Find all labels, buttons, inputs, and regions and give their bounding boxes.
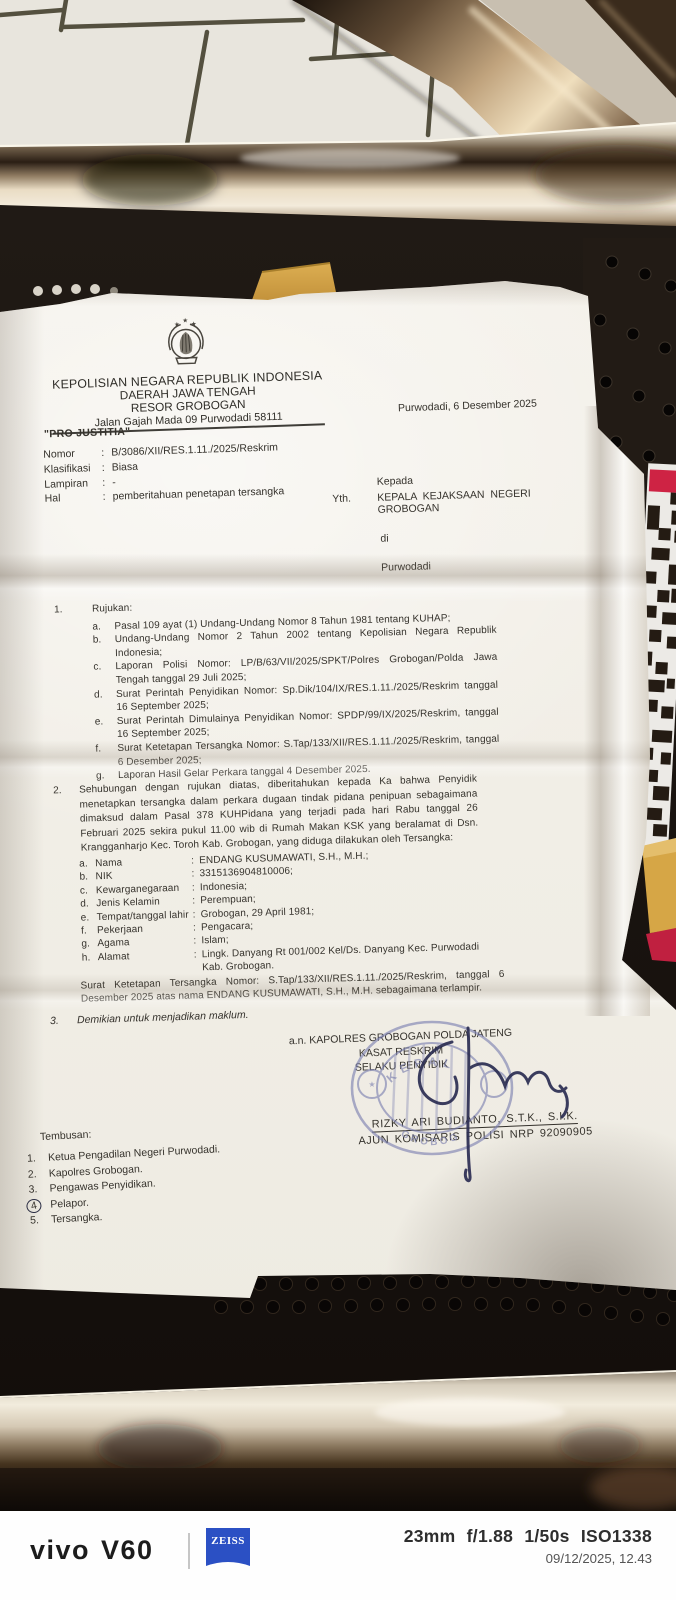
- yth-label: Yth.: [332, 492, 378, 517]
- photo-of-police-letter: ★★★ KEPOLISIAN NEGARA REPUBLIK INDONESIA…: [0, 0, 676, 1600]
- section-closing: 3. Demikian untuk menjadikan maklum.: [50, 1009, 249, 1027]
- recipient-di: di: [380, 528, 553, 545]
- vivo-logo: vivo: [30, 1535, 90, 1565]
- letter-paper: ★★★ KEPOLISIAN NEGARA REPUBLIK INDONESIA…: [0, 276, 676, 1346]
- chrome-frame-bottom: [0, 1371, 676, 1512]
- suspect-fields: a. Nama : ENDANG KUSUMAWATI, S.H., M.H.;…: [79, 846, 510, 979]
- zeiss-badge-icon: ZEISS: [206, 1528, 250, 1572]
- device-wordmark: vivoV60: [30, 1535, 154, 1566]
- camera-info: 23mm f/1.88 1/50s ISO1338 09/12/2025, 12…: [404, 1526, 652, 1566]
- police-emblem-icon: ★★★: [157, 315, 215, 371]
- section-rujukan: 1. Rujukan: a. Pasal 109 ayat (1) Undang…: [54, 593, 510, 785]
- section2-intro: Sehubungan dengan rujukan diatas, diberi…: [79, 773, 479, 857]
- red-stripe: [649, 469, 676, 493]
- section2-number: 2.: [53, 784, 81, 858]
- signatory-block: RIZKY ARI BUDIANTO, S.T.K., S.I.K. AJUN …: [372, 1109, 593, 1146]
- svg-text:★: ★: [182, 316, 188, 324]
- kepada-label: Kepada: [377, 471, 552, 488]
- recipient-block: Kepada Yth. KEPALA KEJAKSAAN NEGERI GROB…: [332, 471, 555, 575]
- pen-circle-mark: 4: [25, 1197, 43, 1214]
- signature-title-block: a.n. KAPOLRES GROBOGAN POLDA JATENG KASA…: [284, 1026, 517, 1078]
- datetime-stamp: 09/12/2025, 12.43: [404, 1551, 652, 1566]
- svg-text:★: ★: [191, 320, 197, 328]
- section-penetapan: 2. Sehubungan dengan rujukan diatas, dib…: [53, 772, 511, 1008]
- svg-text:★: ★: [174, 320, 180, 328]
- device-model: V60: [101, 1535, 154, 1565]
- section3-number: 3.: [50, 1014, 77, 1027]
- section1-title: Rujukan:: [92, 602, 133, 617]
- place-date: Purwodadi, 6 Desember 2025: [398, 398, 537, 415]
- pro-justitia: "PRO JUSTITIA": [44, 426, 131, 441]
- letter-meta: Nomor : B/3086/XII/RES.1.11./2025/Reskri…: [43, 441, 284, 508]
- divider: [188, 1533, 190, 1569]
- zeiss-wordmark: ZEISS: [206, 1535, 250, 1547]
- section1-number: 1.: [54, 603, 92, 618]
- letterhead: ★★★ KEPOLISIAN NEGARA REPUBLIK INDONESIA…: [32, 311, 342, 436]
- exif-readout: 23mm f/1.88 1/50s ISO1338: [404, 1526, 652, 1547]
- section3-text: Demikian untuk menjadikan maklum.: [77, 1009, 249, 1026]
- tembusan-block: Tembusan: 1. Ketua Pengadilan Negeri Pur…: [26, 1121, 224, 1229]
- camera-watermark-bar: vivoV60 ZEISS 23mm f/1.88 1/50s ISO1338 …: [0, 1511, 676, 1600]
- recipient-city: Purwodadi: [381, 557, 554, 574]
- tembusan-title: Tembusan:: [40, 1121, 220, 1145]
